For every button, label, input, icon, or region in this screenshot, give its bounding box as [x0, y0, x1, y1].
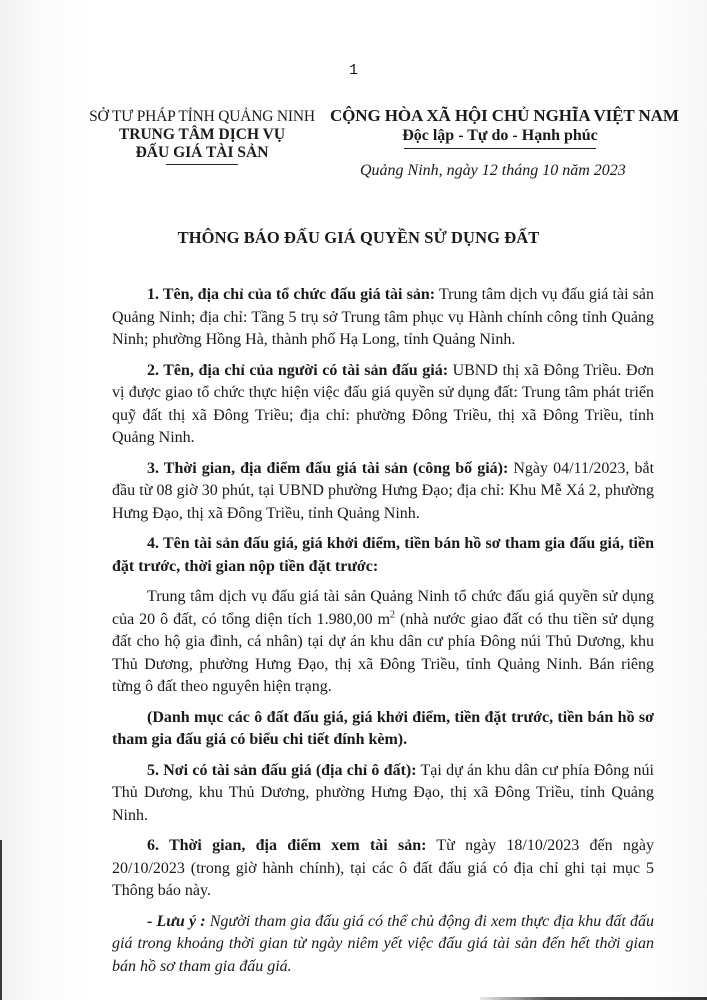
document-body: 1. Tên, địa chỉ của tổ chức đấu giá tài … — [112, 284, 654, 986]
document-title: THÔNG BÁO ĐẤU GIÁ QUYỀN SỬ DỤNG ĐẤT — [0, 228, 707, 248]
national-motto-header: CỘNG HÒA XÃ HỘI CHỦ NGHĨA VIỆT NAM Độc l… — [330, 106, 670, 149]
national-motto: Độc lập - Tự do - Hạnh phúc — [330, 126, 670, 146]
agency-parent: SỞ TƯ PHÁP TỈNH QUẢNG NINH — [84, 108, 320, 126]
note-label: - Lưu ý : — [147, 913, 206, 930]
section-6: 6. Thời gian, địa điểm xem tài sản: Từ n… — [112, 835, 654, 903]
motto-underline — [404, 148, 596, 149]
section-1-label: 1. Tên, địa chỉ của tổ chức đấu giá tài … — [147, 286, 435, 303]
section-6-label: 6. Thời gian, địa điểm xem tài sản: — [147, 837, 426, 854]
document-date: Quảng Ninh, ngày 12 tháng 10 năm 2023 — [360, 162, 660, 180]
note-paragraph: - Lưu ý : Người tham gia đấu giá có thể … — [112, 911, 654, 979]
agency-name-line2: ĐẤU GIÁ TÀI SẢN — [84, 144, 320, 162]
issuing-agency-header: SỞ TƯ PHÁP TỈNH QUẢNG NINH TRUNG TÂM DỊC… — [84, 108, 320, 165]
section-4-body: Trung tâm dịch vụ đấu giá tài sản Quảng … — [112, 586, 654, 699]
scan-edge-left — [0, 840, 2, 1000]
section-4: 4. Tên tài sản đấu giá, giá khởi điểm, t… — [112, 533, 654, 578]
section-5-label: 5. Nơi có tài sản đấu giá (địa chỉ ô đất… — [147, 762, 417, 779]
section-2: 2. Tên, địa chỉ của người có tài sản đấu… — [112, 360, 654, 450]
agency-underline — [166, 164, 238, 165]
section-2-label: 2. Tên, địa chỉ của người có tài sản đấu… — [147, 362, 448, 379]
section-5: 5. Nơi có tài sản đấu giá (địa chỉ ô đất… — [112, 760, 654, 828]
document-page: 1 SỞ TƯ PHÁP TỈNH QUẢNG NINH TRUNG TÂM D… — [0, 0, 707, 1000]
agency-name-line1: TRUNG TÂM DỊCH VỤ — [84, 126, 320, 144]
section-3-label: 3. Thời gian, địa điểm đấu giá tài sản (… — [147, 460, 508, 477]
section-3: 3. Thời gian, địa điểm đấu giá tài sản (… — [112, 458, 654, 526]
section-1: 1. Tên, địa chỉ của tổ chức đấu giá tài … — [112, 284, 654, 352]
country-name: CỘNG HÒA XÃ HỘI CHỦ NGHĨA VIỆT NAM — [330, 106, 670, 126]
section-4-label: 4. Tên tài sản đấu giá, giá khởi điểm, t… — [112, 535, 654, 575]
page-number: 1 — [0, 62, 707, 79]
section-4-attachment-note: (Danh mục các ô đất đấu giá, giá khởi đi… — [112, 707, 654, 752]
